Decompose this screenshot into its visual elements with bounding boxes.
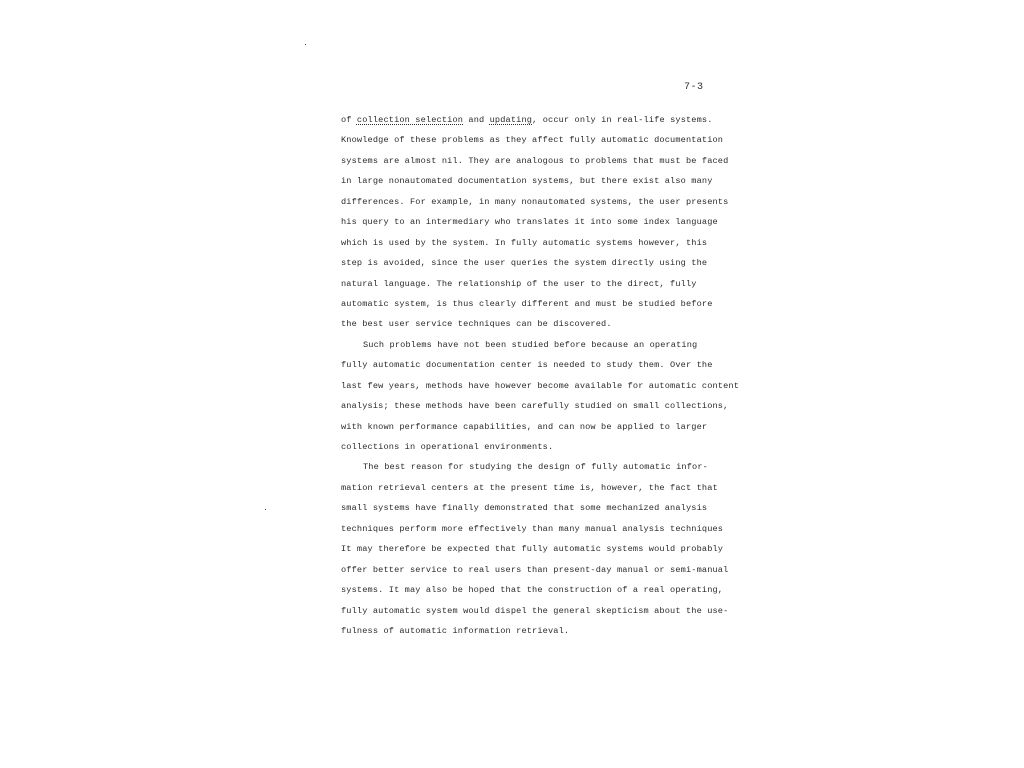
text-line: fully automatic documentation center is …	[341, 355, 711, 375]
text-line: It may therefore be expected that fully …	[341, 539, 711, 559]
body-text: of collection selection and updating, oc…	[341, 110, 711, 641]
text-segment: systems are almost nil. They are analogo…	[341, 156, 728, 166]
text-line: collections in operational environments.	[341, 437, 711, 457]
text-segment: which is used by the system. In fully au…	[341, 238, 707, 248]
text-segment: fully automatic documentation center is …	[341, 360, 713, 370]
text-segment: analysis; these methods have been carefu…	[341, 401, 728, 411]
text-segment: last few years, methods have however bec…	[341, 381, 739, 391]
text-line: differences. For example, in many nonaut…	[341, 192, 711, 212]
text-segment: The best reason for studying the design …	[363, 462, 708, 472]
text-line: techniques perform more effectively than…	[341, 519, 711, 539]
text-segment: small systems have finally demonstrated …	[341, 503, 707, 513]
text-segment: step is avoided, since the user queries …	[341, 258, 707, 268]
text-line: with known performance capabilities, and…	[341, 417, 711, 437]
text-line: offer better service to real users than …	[341, 560, 711, 580]
text-line: systems. It may also be hoped that the c…	[341, 580, 711, 600]
text-segment: Knowledge of these problems as they affe…	[341, 135, 723, 145]
text-line: which is used by the system. In fully au…	[341, 233, 711, 253]
text-segment: techniques perform more effectively than…	[341, 524, 723, 534]
text-segment: automatic system, is thus clearly differ…	[341, 299, 713, 309]
text-line: the best user service techniques can be …	[341, 314, 711, 334]
text-segment: and	[463, 115, 490, 125]
text-line: Such problems have not been studied befo…	[341, 335, 711, 355]
text-segment: It may therefore be expected that fully …	[341, 544, 723, 554]
text-line: systems are almost nil. They are analogo…	[341, 151, 711, 171]
text-segment: systems. It may also be hoped that the c…	[341, 585, 723, 595]
text-segment: of	[341, 115, 357, 125]
page-number: 7-3	[684, 82, 704, 93]
text-line: small systems have finally demonstrated …	[341, 498, 711, 518]
text-segment: Such problems have not been studied befo…	[363, 340, 697, 350]
scan-speck	[265, 509, 266, 510]
text-line: his query to an intermediary who transla…	[341, 212, 711, 232]
text-line: automatic system, is thus clearly differ…	[341, 294, 711, 314]
text-line: of collection selection and updating, oc…	[341, 110, 711, 130]
text-segment: differences. For example, in many nonaut…	[341, 197, 728, 207]
text-segment: with known performance capabilities, and…	[341, 422, 707, 432]
text-segment: mation retrieval centers at the present …	[341, 483, 718, 493]
text-segment: , occur only in real-life systems.	[532, 115, 712, 125]
text-line: last few years, methods have however bec…	[341, 376, 711, 396]
text-segment: offer better service to real users than …	[341, 565, 728, 575]
text-line: in large nonautomated documentation syst…	[341, 171, 711, 191]
text-line: Knowledge of these problems as they affe…	[341, 130, 711, 150]
text-segment: the best user service techniques can be …	[341, 319, 612, 329]
scan-speck	[305, 44, 306, 45]
text-segment: collections in operational environments.	[341, 442, 553, 452]
text-line: The best reason for studying the design …	[341, 457, 711, 477]
underlined-phrase: updating	[490, 115, 532, 125]
text-line: step is avoided, since the user queries …	[341, 253, 711, 273]
underlined-phrase: collection selection	[357, 115, 463, 125]
text-line: fulness of automatic information retriev…	[341, 621, 711, 641]
text-segment: natural language. The relationship of th…	[341, 279, 697, 289]
text-segment: in large nonautomated documentation syst…	[341, 176, 713, 186]
text-line: natural language. The relationship of th…	[341, 274, 711, 294]
text-segment: fully automatic system would dispel the …	[341, 606, 728, 616]
text-segment: his query to an intermediary who transla…	[341, 217, 718, 227]
text-segment: fulness of automatic information retriev…	[341, 626, 569, 636]
scanned-document-page: 7-3 of collection selection and updating…	[0, 0, 1024, 768]
text-line: analysis; these methods have been carefu…	[341, 396, 711, 416]
text-line: mation retrieval centers at the present …	[341, 478, 711, 498]
text-line: fully automatic system would dispel the …	[341, 601, 711, 621]
